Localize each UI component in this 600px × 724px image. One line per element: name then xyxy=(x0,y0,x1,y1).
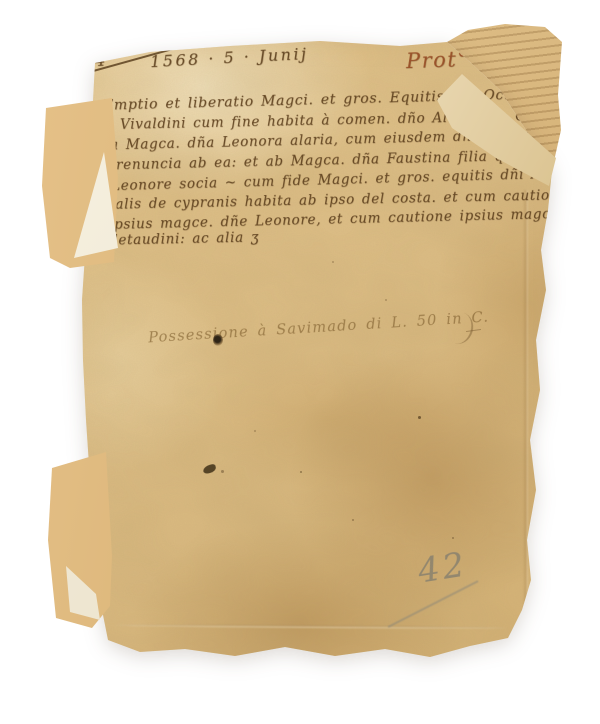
manuscript-line: detaudini: ac alia ʒ xyxy=(109,229,259,248)
right-fold-line xyxy=(523,190,528,610)
ink-speck xyxy=(221,470,224,473)
manuscript-photo: nº 44 1568 · 5 · Junij Prot° Emptio et l… xyxy=(0,0,600,724)
ink-speck xyxy=(385,299,387,301)
protocol-mark: Prot° xyxy=(406,47,470,73)
ink-speck xyxy=(332,261,334,263)
wormhole xyxy=(213,334,223,346)
ink-speck xyxy=(352,519,354,521)
ink-speck xyxy=(254,430,256,432)
ink-speck xyxy=(300,471,302,473)
pencil-number: 42 xyxy=(415,544,470,591)
ink-speck xyxy=(452,537,454,539)
ink-speck xyxy=(418,416,421,419)
